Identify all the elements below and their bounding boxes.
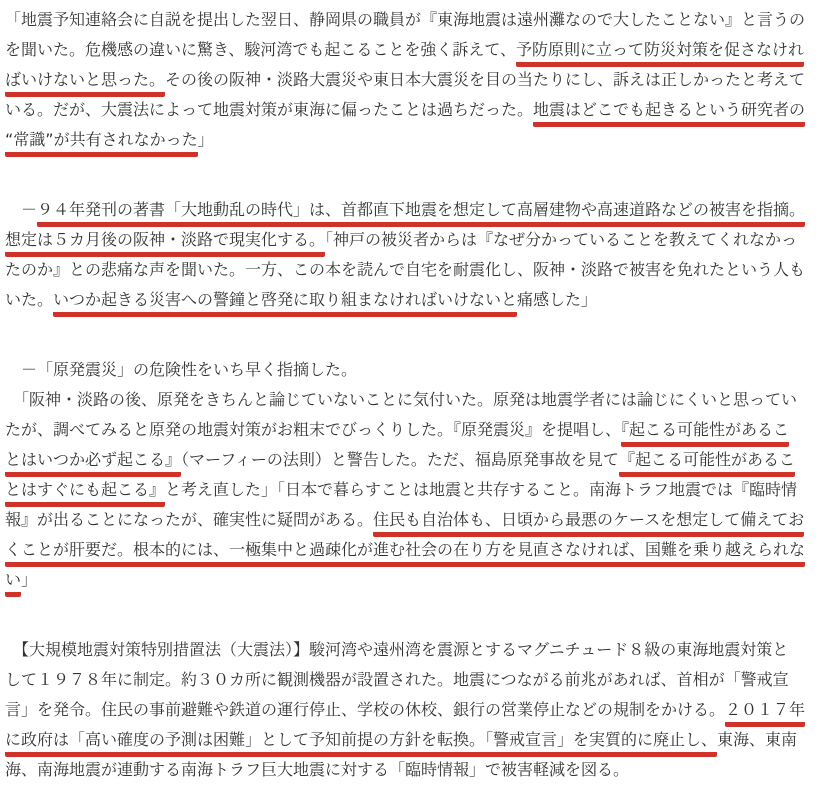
text-line: いた。いつか起きる災害への警鐘と啓発に取り組まなければいけないと痛感した」 xyxy=(5,285,816,315)
red-underlined-text: 住民も自治体も、日頃から最悪のケースを想定して備えてお xyxy=(373,510,804,537)
paragraph: 「地震予知連絡会に自説を提出した翌日、静岡県の職員が『東海地震は遠州灘なので大し… xyxy=(5,5,816,155)
plain-text: たが、調べてみると原発の地震対策がお粗末でびっくりした。『原発震災』を提唱し、 xyxy=(5,420,621,439)
plain-text: その後の阪神・淡路大震災や東日本大震災を目の当たりにし、訴えは正しかったと考えて xyxy=(165,70,805,89)
text-line: とはすぐにも起こる』と考え直した」「日本で暮らすことは地震と共存すること。南海ト… xyxy=(5,475,816,505)
paragraph: －９４年発刊の著書「大地動乱の時代」は、首都直下地震を想定して高層建物や高速道路… xyxy=(5,195,816,315)
plain-text: 言」を発令。住民の事前避難や鉄道の運行停止、学校の休校、銀行の営業停止などの規制… xyxy=(5,700,725,719)
text-line: とはいつか必ず起こる』（マーフィーの法則）と警告した。ただ、福島原発事故を見て『… xyxy=(5,445,816,475)
text-line: 「地震予知連絡会に自説を提出した翌日、静岡県の職員が『東海地震は遠州灘なので大し… xyxy=(5,5,816,35)
text-line: くことが肝要だ。根本的には、一極集中と過疎化が進む社会の在り方を見直さなければ、… xyxy=(5,535,816,565)
text-line: ばいけないと思った。その後の阪神・淡路大震災や東日本大震災を目の当たりにし、訴え… xyxy=(5,65,816,95)
plain-text: いた。 xyxy=(5,290,53,309)
text-line: い」 xyxy=(5,565,816,595)
red-underlined-text: 地震はどこでも起きるという研究者の xyxy=(533,100,805,127)
plain-text: 海、南海地震が連動する南海トラフ巨大地震に対する「臨時情報」で被害軽減を図る。 xyxy=(5,760,629,779)
text-line: 「阪神・淡路の後、原発をきちんと論じていないことに気付いた。原発は地震学者には論… xyxy=(5,385,816,415)
plain-text: と考え直した」「日本で暮らすことは地震と共存すること。南海トラフ地震では『臨時情 xyxy=(165,480,797,499)
article-text: 「地震予知連絡会に自説を提出した翌日、静岡県の職員が『東海地震は遠州灘なので大し… xyxy=(0,0,820,785)
plain-text: して１９７８年に制定。約３０カ所に観測機器が設置された。地震につながる前兆があれ… xyxy=(5,670,789,689)
plain-text: （マーフィーの法則）と警告した。ただ、福島原発事故を見て xyxy=(181,450,619,469)
red-underlined-text: とはいつか必ず起こる』 xyxy=(5,450,181,477)
paragraph: 【大規模地震対策特別措置法（大震法）】駿河湾や遠州湾を震源とするマグニチュード８… xyxy=(5,635,816,785)
text-line: 報』が出ることになったが、確実性に疑問がある。住民も自治体も、日頃から最悪のケー… xyxy=(5,505,816,535)
text-line: たが、調べてみると原発の地震対策がお粗末でびっくりした。『原発震災』を提唱し、『… xyxy=(5,415,816,445)
plain-text: 報』が出ることになったが、確実性に疑問がある。 xyxy=(5,510,373,529)
red-underlined-text: “常識”が共有されなかった xyxy=(5,130,198,157)
red-underlined-text: とはすぐにも起こる』 xyxy=(5,480,165,507)
plain-text: －「原発震災」の危険性をいち早く指摘した。 xyxy=(5,360,357,379)
plain-text: 「地震予知連絡会に自説を提出した翌日、静岡県の職員が『東海地震は遠州灘なので大し… xyxy=(5,10,805,29)
plain-text: 」 xyxy=(198,130,214,149)
text-line: して１９７８年に制定。約３０カ所に観測機器が設置された。地震につながる前兆があれ… xyxy=(5,665,816,695)
red-underlined-text: ９４年発刊の著書「大地動乱の時代」は、首都直下地震を想定して高層建物や高速道路な… xyxy=(37,200,805,227)
text-line: を聞いた。危機感の違いに驚き、駿河湾でも起こることを強く訴えて、予防原則に立って… xyxy=(5,35,816,65)
text-line: －９４年発刊の著書「大地動乱の時代」は、首都直下地震を想定して高層建物や高速道路… xyxy=(5,195,816,225)
red-underlined-text: ばいけないと思った。 xyxy=(5,70,165,97)
red-underlined-text: 『起こる可能性があるこ xyxy=(619,450,795,477)
red-underlined-text: くことが肝要だ。根本的には、一極集中と過疎化が進む社会の在り方を見直さなければ、… xyxy=(5,540,805,567)
red-underlined-text: いつか起きる災害への警鐘と啓発に取り組まなければいけないと xyxy=(53,290,517,317)
plain-text: 」 xyxy=(21,570,37,589)
red-underlined-text: 予防原則に立って防災対策を促さなけれ xyxy=(516,40,804,67)
text-line: －「原発震災」の危険性をいち早く指摘した。 xyxy=(5,355,816,385)
plain-text: 「神戸の被災者からは『なぜ分かっていることを教えてくれなかっ xyxy=(325,230,797,249)
text-line: “常識”が共有されなかった」 xyxy=(5,125,816,155)
text-line: たのか』との悲痛な声を聞いた。一方、この本を読んで自宅を耐震化し、阪神・淡路で被… xyxy=(5,255,816,285)
plain-text: 東海、東南 xyxy=(717,730,797,749)
text-line: 想定は５カ月後の阪神・淡路で現実化する。「神戸の被災者からは『なぜ分かっているこ… xyxy=(5,225,816,255)
red-underlined-text: 想定は５カ月後の阪神・淡路で現実化する。 xyxy=(5,230,325,257)
plain-text: － xyxy=(5,200,37,219)
red-underlined-text: に政府は「高い確度の予測は困難」として予知前提の方針を転換。「警戒宣言」を実質的… xyxy=(5,730,717,757)
text-line: 【大規模地震対策特別措置法（大震法）】駿河湾や遠州湾を震源とするマグニチュード８… xyxy=(5,635,816,665)
plain-text: を聞いた。危機感の違いに驚き、駿河湾でも起こることを強く訴えて、 xyxy=(5,40,516,59)
red-underlined-text: 『起こる可能性があるこ xyxy=(621,420,789,447)
paragraph: 「阪神・淡路の後、原発をきちんと論じていないことに気付いた。原発は地震学者には論… xyxy=(5,385,816,595)
plain-text: 痛感した」 xyxy=(517,290,597,309)
plain-text: 「阪神・淡路の後、原発をきちんと論じていないことに気付いた。原発は地震学者には論… xyxy=(5,390,797,409)
plain-text: 【大規模地震対策特別措置法（大震法）】駿河湾や遠州湾を震源とするマグニチュード８… xyxy=(5,640,788,659)
text-line: 言」を発令。住民の事前避難や鉄道の運行停止、学校の休校、銀行の営業停止などの規制… xyxy=(5,695,816,725)
text-line: 海、南海地震が連動する南海トラフ巨大地震に対する「臨時情報」で被害軽減を図る。 xyxy=(5,755,816,785)
red-underlined-text: ２０１７年 xyxy=(725,700,805,727)
text-line: に政府は「高い確度の予測は困難」として予知前提の方針を転換。「警戒宣言」を実質的… xyxy=(5,725,816,755)
paragraph: －「原発震災」の危険性をいち早く指摘した。 xyxy=(5,355,816,385)
text-line: いる。だが、大震法によって地震対策が東海に偏ったことは過ちだった。地震はどこでも… xyxy=(5,95,816,125)
red-underlined-text: い xyxy=(5,570,21,597)
plain-text: いる。だが、大震法によって地震対策が東海に偏ったことは過ちだった。 xyxy=(5,100,533,119)
plain-text: たのか』との悲痛な声を聞いた。一方、この本を読んで自宅を耐震化し、阪神・淡路で被… xyxy=(5,260,805,279)
